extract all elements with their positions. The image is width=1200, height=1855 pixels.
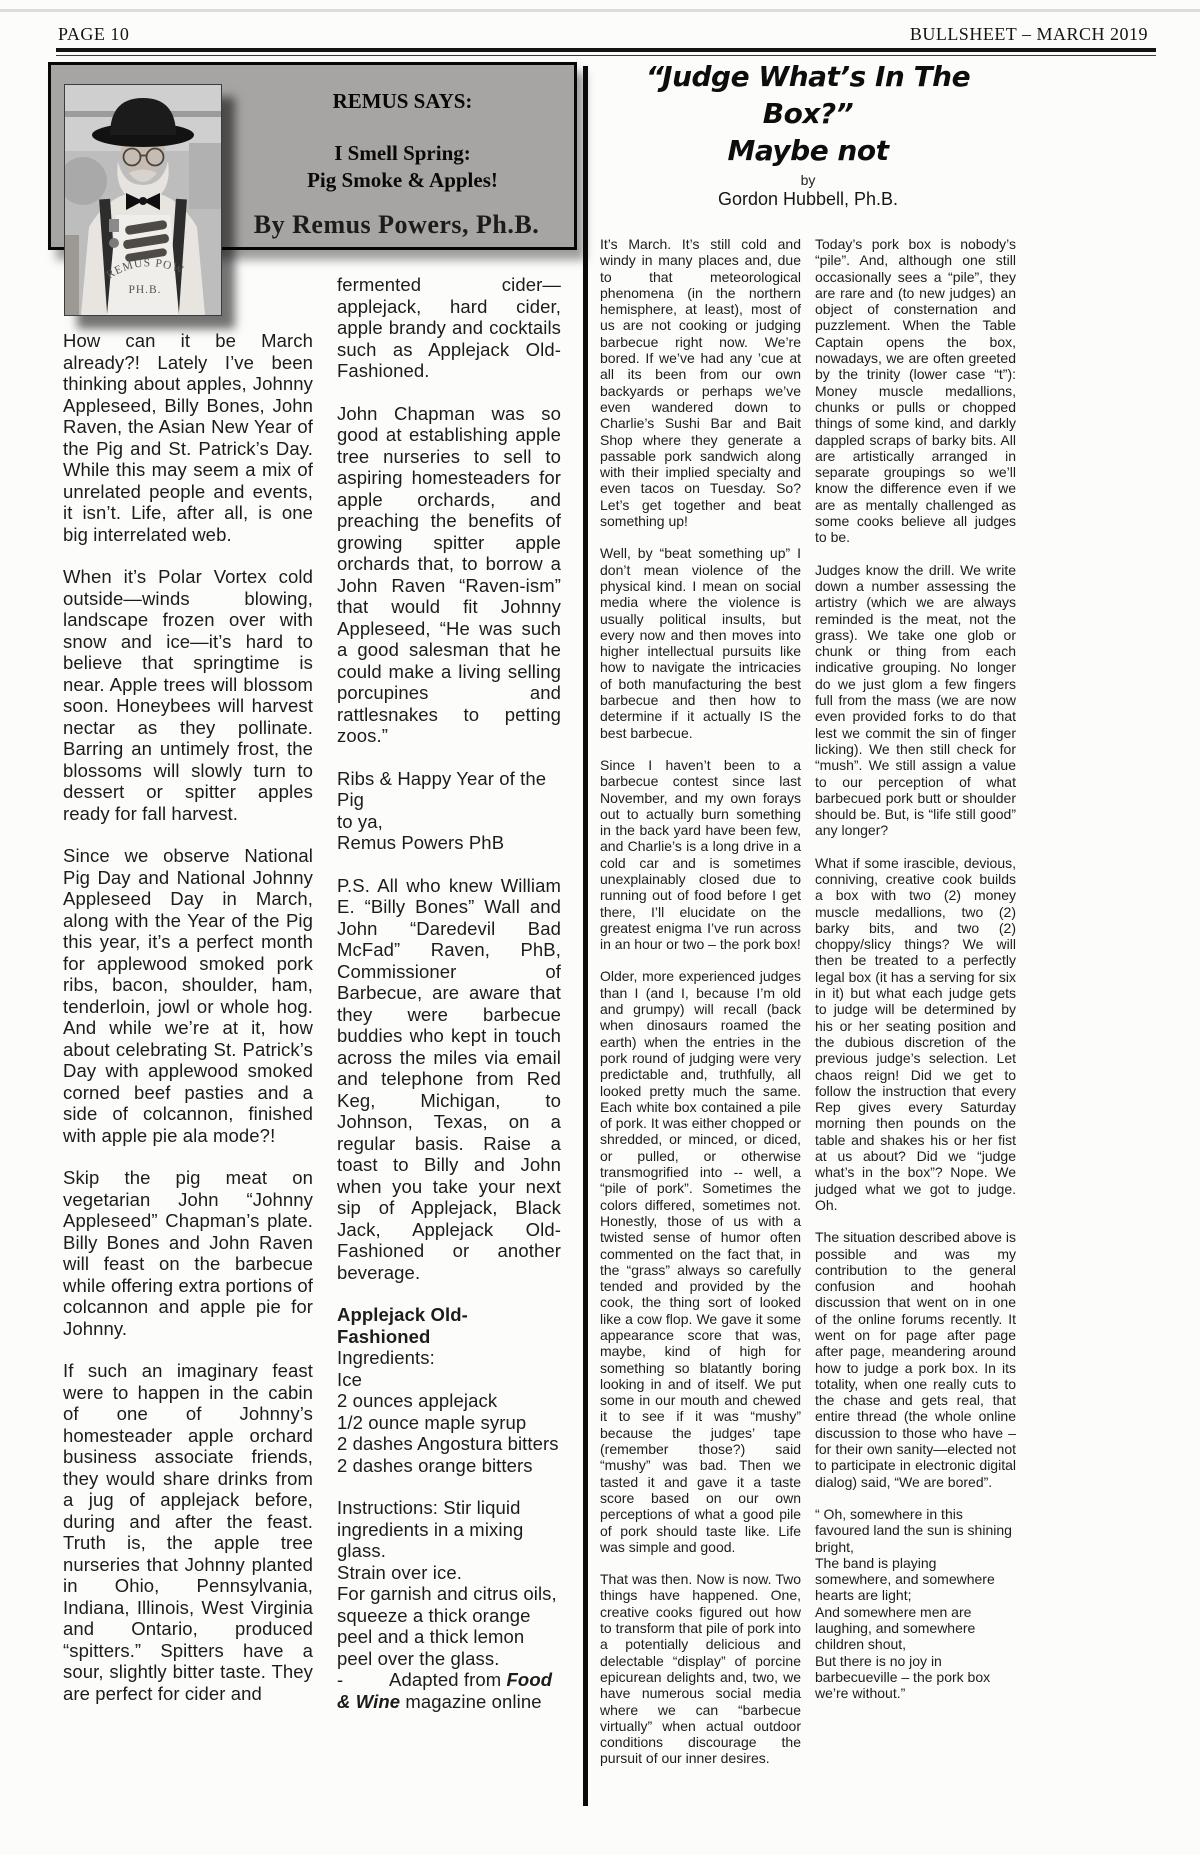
signoff-line: to ya, (337, 811, 561, 833)
closing-poem: “ Oh, somewhere in this favoured land th… (815, 1506, 1016, 1702)
paragraph: fermented cider—applejack, hard cider, a… (337, 274, 561, 382)
paragraph: But there is no joy in barbecueville – t… (815, 1653, 1016, 1702)
paragraph: Today’s pork box is nobody’s “pile”. And… (815, 236, 1016, 546)
remus-column-1: How can it be March already?! Lately I’v… (63, 330, 313, 1725)
paragraph: If such an imaginary feast were to happe… (63, 1360, 313, 1704)
paragraph: When it’s Polar Vortex cold outside—wind… (63, 566, 313, 824)
paragraph: Skip the pig meat on vegetarian John “Jo… (63, 1167, 313, 1339)
paragraph: 2 ounces applejack (337, 1390, 561, 1412)
paragraph: That was then. Now is now. Two things ha… (600, 1571, 801, 1767)
recipe-attribution: -Adapted from Food & Wine magazine onlin… (337, 1669, 561, 1712)
ribs-graphic (123, 220, 170, 262)
paragraph: Since I haven’t been to a barbecue conte… (600, 757, 801, 953)
recipe-ingredients: Ingredients:Ice2 ounces applejack1/2 oun… (337, 1347, 561, 1476)
article-title-line2: Maybe not (728, 134, 889, 167)
byline-by: by (600, 172, 1016, 188)
column-divider-rule (583, 66, 588, 1806)
attribution-dash: - (337, 1669, 389, 1691)
paragraph: And somewhere men are laughing, and some… (815, 1604, 1016, 1653)
paragraph: Ingredients: (337, 1347, 561, 1369)
masthead-rule-thin (56, 55, 1156, 56)
scan-artifact-line (0, 9, 1200, 12)
issue-title: BULLSHEET – MARCH 2019 (910, 24, 1148, 45)
paragraph: 2 dashes orange bitters (337, 1455, 561, 1477)
paragraph: What if some irascible, devious, connivi… (815, 855, 1016, 1214)
remus-powers-photo: REMUS POWERS PH.B. (64, 84, 222, 316)
remus-header-text: REMUS SAYS: I Smell Spring: Pig Smoke & … (231, 65, 574, 194)
article-title-line2: Pig Smoke & Apples! (231, 167, 574, 194)
judge-column-2-paragraphs: Today’s pork box is nobody’s “pile”. And… (815, 236, 1016, 1490)
article-title: I Smell Spring: Pig Smoke & Apples! (231, 140, 574, 194)
paragraph: Since we observe National Pig Day and Na… (63, 845, 313, 1146)
paragraph: Ice (337, 1369, 561, 1391)
portrait-illustration: REMUS POWERS PH.B. (65, 85, 221, 315)
paragraph: The situation described above is possibl… (815, 1229, 1016, 1490)
masthead-rule-thick (56, 48, 1156, 52)
article-byline: By Remus Powers, Ph.B. (223, 210, 570, 240)
page-number: PAGE 10 (58, 24, 129, 45)
newspaper-page: PAGE 10 BULLSHEET – MARCH 2019 REMUS SAY… (0, 0, 1200, 1855)
judge-column-2: Today’s pork box is nobody’s “pile”. And… (815, 236, 1016, 1783)
byline-author: Gordon Hubbell, Ph.B. (600, 189, 1016, 210)
paragraph: 1/2 ounce maple syrup (337, 1412, 561, 1434)
paragraph: P.S. All who knew William E. “Billy Bone… (337, 875, 561, 1284)
attribution-suffix: magazine online (400, 1691, 541, 1712)
remus-column-2: fermented cider—applejack, hard cider, a… (337, 274, 561, 1712)
article-title-line1: I Smell Spring: (231, 140, 574, 167)
paragraph: Well, by “beat something up” I don’t mea… (600, 545, 801, 741)
judge-column-1: It’s March. It’s still cold and windy in… (600, 236, 801, 1783)
paragraph: It’s March. It’s still cold and windy in… (600, 236, 801, 529)
recipe-strain: Strain over ice. (337, 1562, 561, 1584)
paragraph: The band is playing somewhere, and somew… (815, 1555, 1016, 1604)
recipe-heading: Applejack Old-Fashioned (337, 1304, 561, 1347)
article-title: “Judge What’s In The Box?” Maybe not (600, 58, 1016, 169)
paragraph: Older, more experienced judges than I (a… (600, 968, 801, 1555)
paragraph: 2 dashes Angostura bitters (337, 1433, 561, 1455)
paragraph: How can it be March already?! Lately I’v… (63, 330, 313, 545)
paragraph: John Chapman was so good at establishing… (337, 403, 561, 747)
judge-columns: It’s March. It’s still cold and windy in… (600, 236, 1016, 1783)
article-judge-box: “Judge What’s In The Box?” Maybe not by … (600, 58, 1016, 1783)
apron-text-line2: PH.B. (128, 284, 161, 296)
paragraph: “ Oh, somewhere in this favoured land th… (815, 1506, 1016, 1555)
recipe-instructions: Instructions: Stir liquid ingredients in… (337, 1497, 561, 1562)
paragraph: Judges know the drill. We write down a n… (815, 562, 1016, 839)
article-title-line1: “Judge What’s In The Box?” (646, 60, 970, 130)
signoff-line: Ribs & Happy Year of the Pig (337, 768, 561, 811)
signoff-block: Ribs & Happy Year of the Pig to ya, Remu… (337, 768, 561, 854)
signoff-line: Remus Powers PhB (337, 832, 561, 854)
recipe-garnish: For garnish and citrus oils, squeeze a t… (337, 1583, 561, 1669)
article-kicker: REMUS SAYS: (231, 65, 574, 114)
attribution-text: Adapted from (389, 1669, 507, 1690)
